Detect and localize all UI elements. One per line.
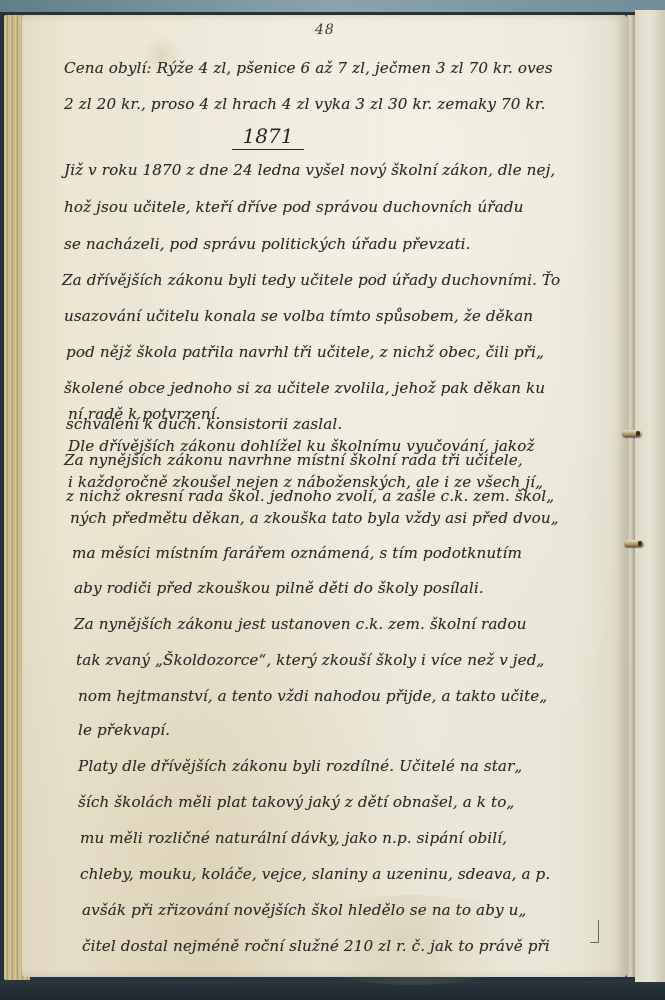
text-line: 2 zl 20 kr., proso 4 zl hrach 4 zl vyka … bbox=[64, 94, 624, 114]
text-line: ní radě k potvrzení. bbox=[68, 404, 628, 424]
closing-bracket bbox=[590, 920, 599, 943]
text-line: aby rodiči před zkouškou pilně děti do š… bbox=[74, 578, 634, 598]
text-line: pod nějž škola patřila navrhl tři učitel… bbox=[66, 342, 626, 362]
text-line: ných předmětu děkan, a zkouška tato byla… bbox=[70, 508, 630, 528]
text-line: Za nynějších zákonu jest ustanoven c.k. … bbox=[74, 614, 634, 634]
text-line: nom hejtmanství, a tento vždi nahodou př… bbox=[78, 686, 638, 706]
page-number: 48 bbox=[315, 22, 335, 38]
text-line: Platy dle dřívějších zákonu byli rozdíln… bbox=[78, 756, 638, 776]
text-line: Za dřívějších zákonu byli tedy učitele p… bbox=[62, 270, 622, 290]
scan-background-top bbox=[0, 0, 665, 12]
text-line: mu měli rozličné naturální dávky, jako n… bbox=[80, 828, 640, 848]
text-line: Cena obylí: Rýže 4 zl, pšenice 6 až 7 zl… bbox=[64, 58, 624, 78]
text-line: i každoročně zkoušel nejen z náboženskýc… bbox=[68, 472, 628, 492]
scan-scene: 48 Cena obylí: Rýže 4 zl, pšenice 6 až 7… bbox=[0, 0, 665, 1000]
text-line: hož jsou učitele, kteří dříve pod správo… bbox=[64, 197, 624, 217]
text-line: chleby, mouku, koláče, vejce, slaniny a … bbox=[80, 864, 640, 884]
text-line: avšák při zřizování novějších škol hledě… bbox=[82, 900, 642, 920]
year-heading: 1871 bbox=[232, 124, 304, 150]
text-line: tak zvaný „Školdozorce“, který zkouší šk… bbox=[76, 650, 636, 670]
text-line: školené obce jednoho si za učitele zvoli… bbox=[64, 378, 624, 398]
text-line: ších školách měli plat takový jaký z dět… bbox=[78, 792, 638, 812]
text-line: le překvapí. bbox=[78, 720, 638, 740]
text-line: se nacházeli, pod správu politických úřa… bbox=[64, 234, 624, 254]
text-line: Již v roku 1870 z dne 24 ledna vyšel nov… bbox=[64, 160, 624, 180]
text-line: usazování učitelu konala se volba tímto … bbox=[64, 306, 624, 326]
text-line: Dle dřívějších zákonu dohlížel ku školní… bbox=[68, 436, 628, 456]
text-line: čitel dostal nejméně roční služné 210 zl… bbox=[82, 936, 642, 956]
text-line: ma měsíci místním farářem oznámená, s tí… bbox=[72, 543, 632, 563]
